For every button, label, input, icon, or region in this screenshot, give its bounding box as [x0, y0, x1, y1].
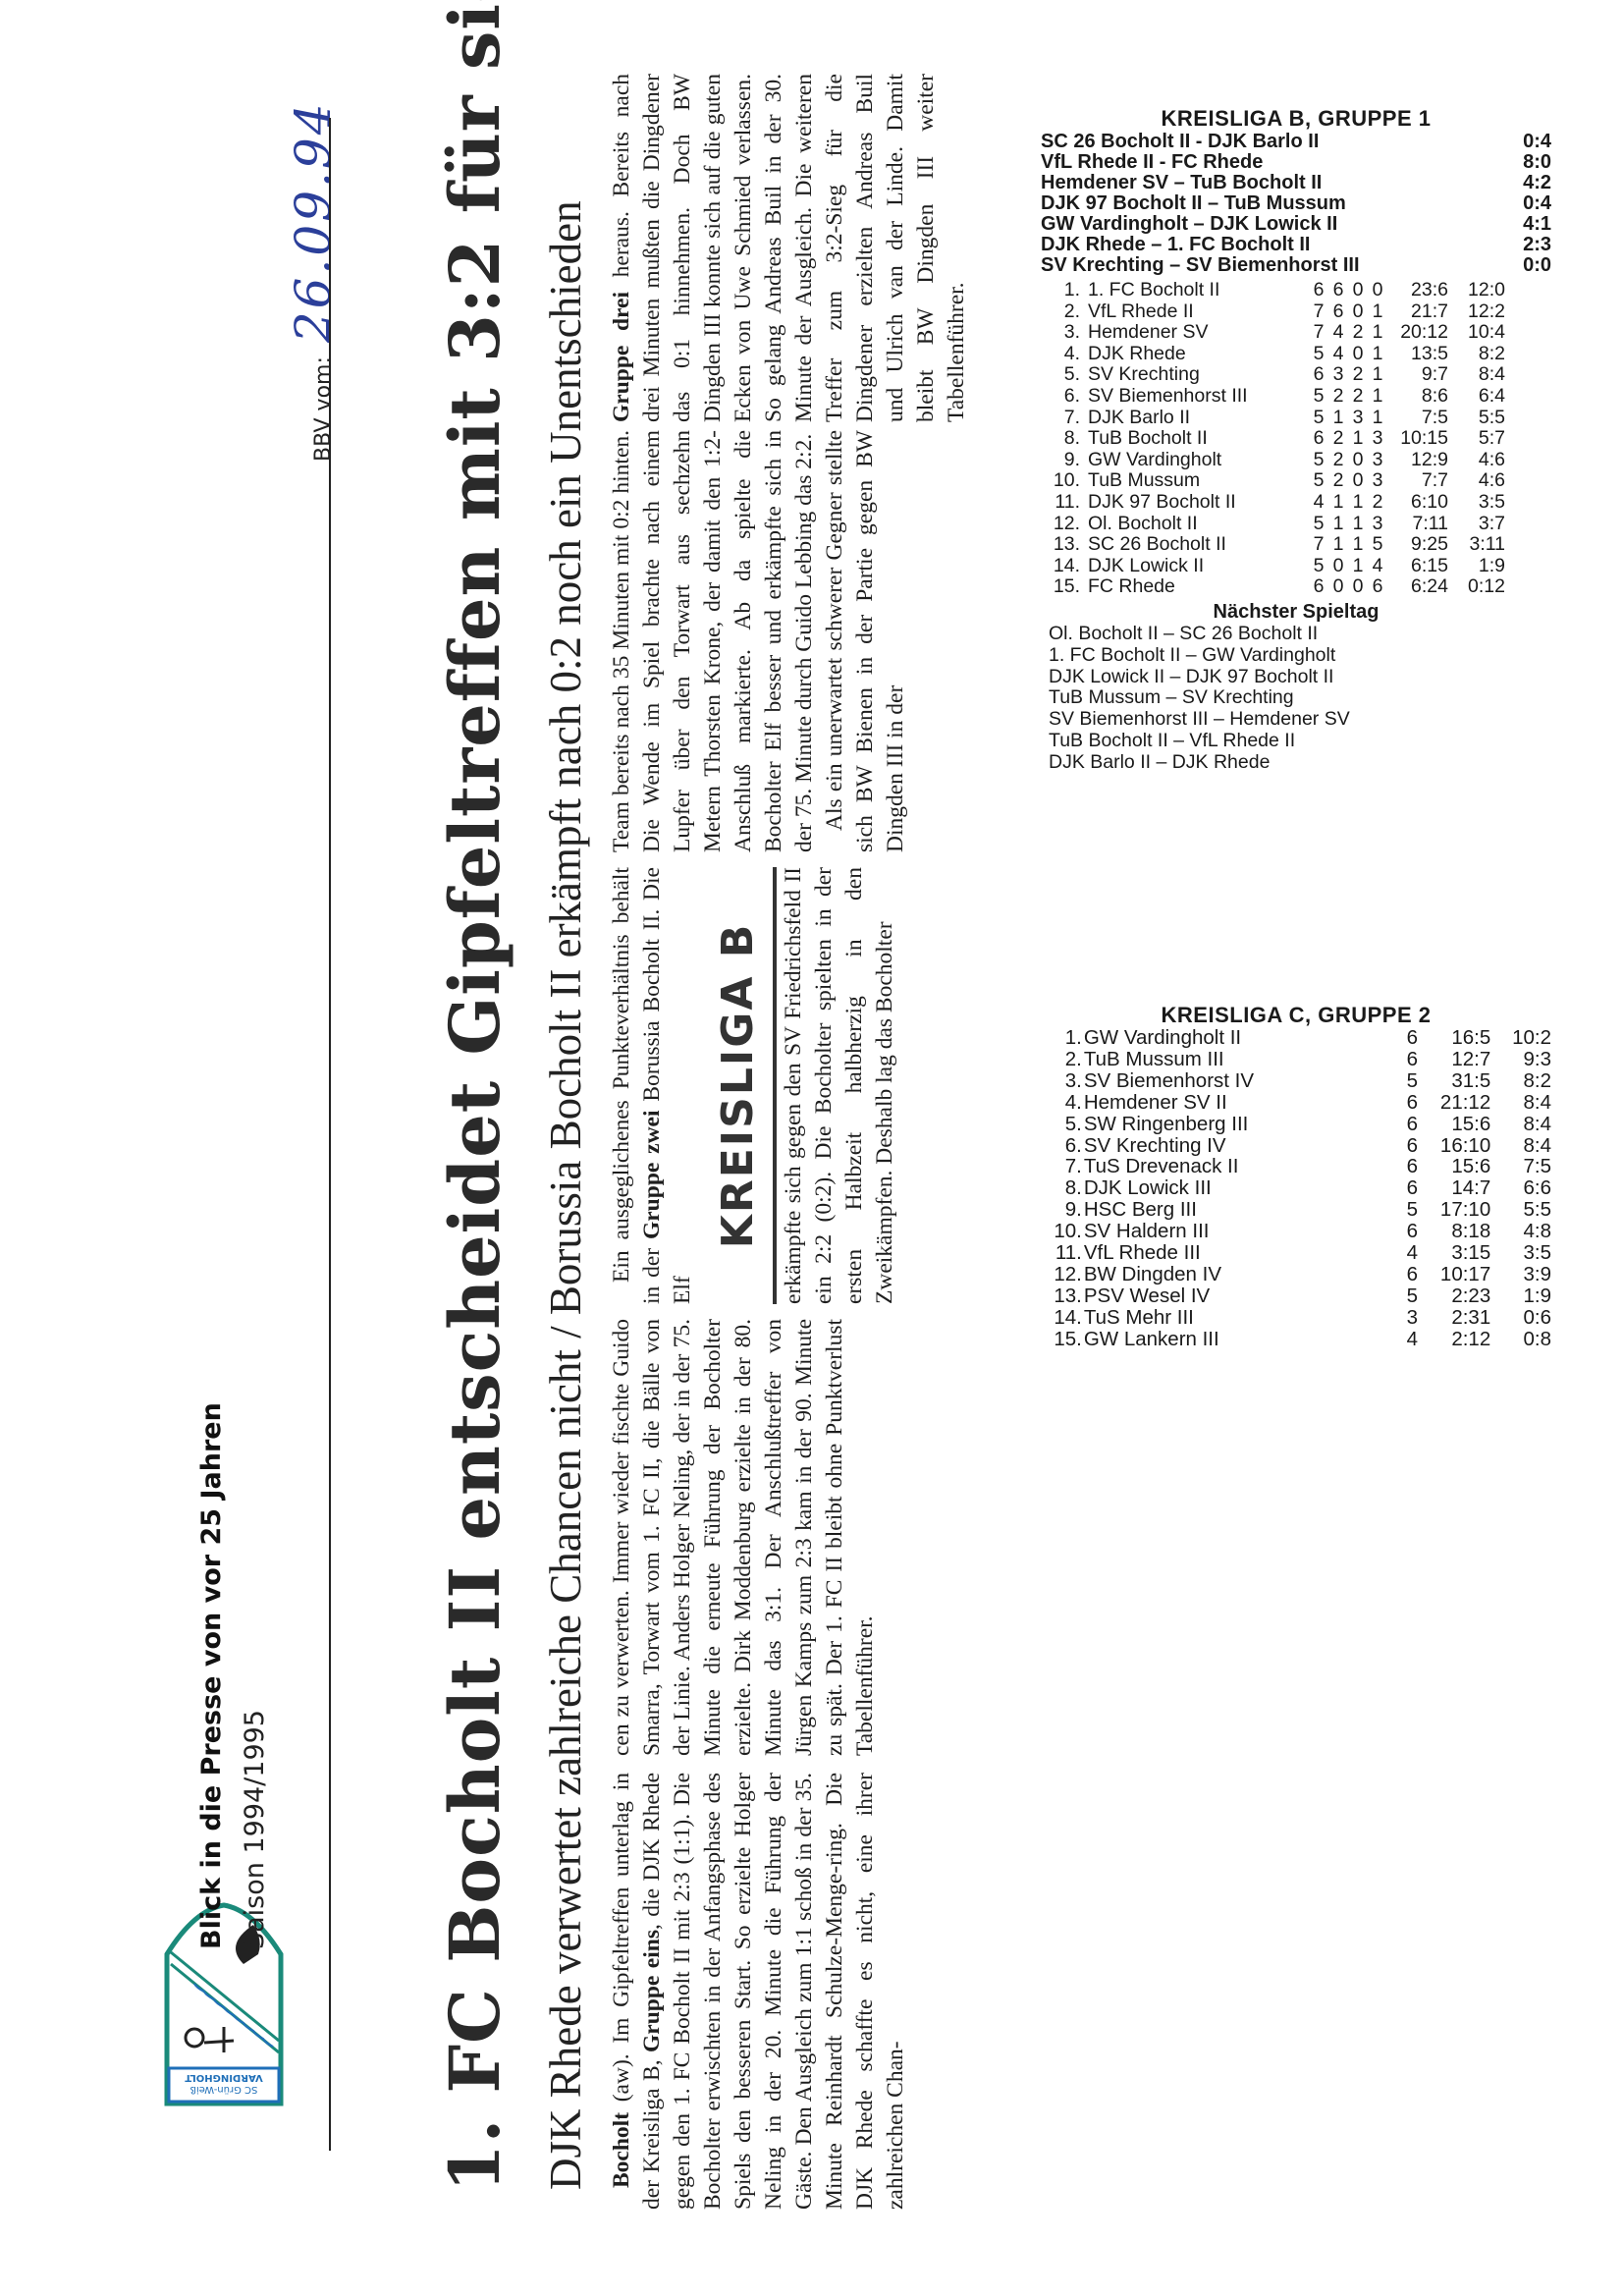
goal-ratio: 20:12 [1387, 322, 1458, 344]
team-name: PSV Wesel IV [1084, 1285, 1407, 1307]
stat-v: 4 [1368, 556, 1387, 577]
stat-g: 1 [1328, 534, 1348, 556]
table-row: 7.DJK Barlo II51317:55:5 [1041, 408, 1551, 429]
stat-sp: 5 [1309, 470, 1328, 492]
stat-g: 2 [1328, 470, 1348, 492]
rank: 15. [1041, 576, 1088, 598]
group-label: Gruppe eins [639, 1930, 665, 2052]
rank: 5. [1041, 1114, 1084, 1135]
stat-v: 1 [1368, 301, 1387, 323]
stat-g: 6 [1328, 280, 1348, 301]
table-row: 14.TuS Mehr III32:310:6 [1041, 1307, 1551, 1329]
team-name: SC 26 Bocholt II [1088, 534, 1309, 556]
season-label: Saison 1994/1995 [240, 1710, 270, 1949]
points: 10:4 [1458, 322, 1505, 344]
team-name: TuS Drevenack II [1084, 1156, 1407, 1177]
standings-list: 1.1. FC Bocholt II660023:612:02.VfL Rhed… [1041, 280, 1551, 598]
fixture-row: TuB Mussum – SV Krechting [1041, 687, 1551, 709]
table-row: 15.GW Lankern III42:120:8 [1041, 1329, 1551, 1350]
stat-v: 3 [1368, 450, 1387, 471]
section-label-box: KREISLIGA B [704, 867, 777, 1304]
points: 3:5 [1458, 492, 1505, 514]
goal-ratio: 31:5 [1426, 1070, 1496, 1092]
goal-ratio: 2:23 [1426, 1285, 1496, 1307]
rank: 13. [1041, 1285, 1084, 1307]
stat-u: 0 [1348, 470, 1368, 492]
table-row: 3.SV Biemenhorst IV531:58:2 [1041, 1070, 1551, 1092]
goal-ratio: 17:10 [1426, 1199, 1496, 1221]
stat-sp: 6 [1309, 364, 1328, 386]
table-title: KREISLIGA B, GRUPPE 1 [1041, 106, 1551, 132]
stat-sp: 4 [1309, 492, 1328, 514]
stat-g: 0 [1328, 576, 1348, 598]
stat-v: 6 [1368, 576, 1387, 598]
column-text: cen zu verwerten. Immer wieder fischte G… [609, 1319, 878, 1756]
table-row: 2.VfL Rhede II760121:712:2 [1041, 301, 1551, 323]
stat-u: 0 [1348, 344, 1368, 365]
team-name: HSC Berg III [1084, 1199, 1407, 1221]
stat-g: 1 [1328, 514, 1348, 535]
table-row: 1.GW Vardingholt II616:510:2 [1041, 1027, 1551, 1049]
team-name: TuS Mehr III [1084, 1307, 1407, 1329]
points: 8:2 [1496, 1070, 1551, 1092]
rank: 3. [1041, 322, 1088, 344]
dateline: Bocholt [609, 2112, 634, 2188]
fixture-row: DJK Lowick II – DJK 97 Bocholt II [1041, 667, 1551, 688]
team-name: TuB Mussum III [1084, 1049, 1407, 1070]
stat-u: 2 [1348, 322, 1368, 344]
rank: 12. [1041, 514, 1088, 535]
games-played: 4 [1407, 1242, 1427, 1264]
games-played: 6 [1407, 1264, 1427, 1285]
rank: 10. [1041, 1221, 1084, 1242]
team-name: SW Ringenberg III [1084, 1114, 1407, 1135]
goal-ratio: 6:15 [1387, 556, 1458, 577]
team-name: VfL Rhede II [1088, 301, 1309, 323]
stat-sp: 7 [1309, 534, 1328, 556]
rank: 12. [1041, 1264, 1084, 1285]
team-name: DJK Rhede [1088, 344, 1309, 365]
team-name: SV Haldern III [1084, 1221, 1407, 1242]
match-score: 0:0 [1504, 255, 1551, 276]
goal-ratio: 7:7 [1387, 470, 1458, 492]
table-row: 12.BW Dingden IV610:173:9 [1041, 1264, 1551, 1285]
result-row: DJK 97 Bocholt II – TuB Mussum0:4 [1041, 193, 1551, 214]
rank: 7. [1041, 1156, 1084, 1177]
team-name: VfL Rhede III [1084, 1242, 1407, 1264]
fixture-row: Ol. Bocholt II – SC 26 Bocholt II [1041, 624, 1551, 645]
stat-g: 2 [1328, 428, 1348, 450]
stat-g: 3 [1328, 364, 1348, 386]
fixture-row: DJK Barlo II – DJK Rhede [1041, 752, 1551, 774]
stat-u: 1 [1348, 428, 1368, 450]
team-name: BW Dingden IV [1084, 1264, 1407, 1285]
source-stamp: BBV vom:26.09.94 [285, 100, 342, 462]
table-row: 1.1. FC Bocholt II660023:612:0 [1041, 280, 1551, 301]
stat-v: 1 [1368, 344, 1387, 365]
team-name: GW Lankern III [1084, 1329, 1407, 1350]
header-divider [329, 118, 331, 2151]
result-row: GW Vardingholt – DJK Lowick II4:1 [1041, 214, 1551, 235]
handwritten-date: 26.09.94 [285, 100, 342, 343]
fixture-row: 1. FC Bocholt II – GW Vardingholt [1041, 645, 1551, 667]
stat-v: 5 [1368, 534, 1387, 556]
stat-sp: 6 [1309, 428, 1328, 450]
table-row: 7.TuS Drevenack II615:67:5 [1041, 1156, 1551, 1177]
points: 12:2 [1458, 301, 1505, 323]
table-row: 8.TuB Bocholt II621310:155:7 [1041, 428, 1551, 450]
stat-u: 1 [1348, 492, 1368, 514]
points: 3:9 [1496, 1264, 1551, 1285]
points: 0:6 [1496, 1307, 1551, 1329]
column-text: , die DJK Rhede gegen den 1. FC Bocholt … [639, 1773, 908, 2210]
team-name: DJK Lowick II [1088, 556, 1309, 577]
article-headline: 1. FC Bocholt II entscheidet Gipfeltreff… [434, 0, 515, 2192]
stat-u: 0 [1348, 280, 1368, 301]
games-played: 6 [1407, 1177, 1427, 1199]
goal-ratio: 12:7 [1426, 1049, 1496, 1070]
team-name: GW Vardingholt [1088, 450, 1309, 471]
stat-u: 1 [1348, 534, 1368, 556]
table-row: 5.SV Krechting63219:78:4 [1041, 364, 1551, 386]
games-played: 6 [1407, 1221, 1427, 1242]
stat-v: 3 [1368, 514, 1387, 535]
points: 1:9 [1458, 556, 1505, 577]
rotated-article-block: SC Grün-Weiß VARDINGHOLT Blick in die Pr… [137, 118, 1021, 2219]
results-list: SC 26 Bocholt II - DJK Barlo II0:4VfL Rh… [1041, 132, 1551, 276]
stat-v: 3 [1368, 470, 1387, 492]
rank: 3. [1041, 1070, 1084, 1092]
rank: 14. [1041, 556, 1088, 577]
result-row: DJK Rhede – 1. FC Bocholt II2:3 [1041, 235, 1551, 255]
points: 8:4 [1496, 1092, 1551, 1114]
stat-u: 1 [1348, 514, 1368, 535]
points: 5:5 [1458, 408, 1505, 429]
games-played: 6 [1407, 1156, 1427, 1177]
stat-sp: 5 [1309, 408, 1328, 429]
stat-sp: 7 [1309, 322, 1328, 344]
table-row: 5.SW Ringenberg III615:68:4 [1041, 1114, 1551, 1135]
games-played: 6 [1407, 1114, 1427, 1135]
kreisliga-c-table: KREISLIGA C, GRUPPE 2 1.GW Vardingholt I… [1041, 1004, 1551, 1350]
kicker-title: Blick in die Presse von vor 25 Jahren [196, 1402, 227, 1949]
points: 7:5 [1496, 1156, 1551, 1177]
rank: 4. [1041, 1092, 1084, 1114]
games-played: 5 [1407, 1199, 1427, 1221]
rank: 10. [1041, 470, 1088, 492]
stat-g: 4 [1328, 322, 1348, 344]
article-column-3: Ein ausgeglichenes Punkteverhältnis behä… [607, 867, 900, 1304]
points: 9:3 [1496, 1049, 1551, 1070]
points: 5:7 [1458, 428, 1505, 450]
table-row: 11.VfL Rhede III43:153:5 [1041, 1242, 1551, 1264]
goal-ratio: 23:6 [1387, 280, 1458, 301]
team-name: DJK 97 Bocholt II [1088, 492, 1309, 514]
rank: 1. [1041, 280, 1088, 301]
points: 3:5 [1496, 1242, 1551, 1264]
stat-v: 1 [1368, 322, 1387, 344]
games-played: 6 [1407, 1092, 1427, 1114]
group-label: Gruppe zwei [639, 1110, 665, 1239]
rank: 1. [1041, 1027, 1084, 1049]
table-row: 14.DJK Lowick II50146:151:9 [1041, 556, 1551, 577]
points: 1:9 [1496, 1285, 1551, 1307]
team-name: Hemdener SV II [1084, 1092, 1407, 1114]
rank: 8. [1041, 1177, 1084, 1199]
stat-v: 2 [1368, 492, 1387, 514]
points: 0:12 [1458, 576, 1505, 598]
result-row: SV Krechting – SV Biemenhorst III0:0 [1041, 255, 1551, 276]
table-row: 15.FC Rhede60066:240:12 [1041, 576, 1551, 598]
stat-sp: 5 [1309, 344, 1328, 365]
team-name: SV Krechting [1088, 364, 1309, 386]
group-label: Gruppe drei [609, 292, 634, 422]
match-score: 8:0 [1504, 152, 1551, 173]
rank: 9. [1041, 1199, 1084, 1221]
team-name: Hemdener SV [1088, 322, 1309, 344]
points: 12:0 [1458, 280, 1505, 301]
goal-ratio: 15:6 [1426, 1156, 1496, 1177]
stat-g: 1 [1328, 408, 1348, 429]
games-played: 5 [1407, 1285, 1427, 1307]
table-row: 12.Ol. Bocholt II51137:113:7 [1041, 514, 1551, 535]
team-name: DJK Lowick III [1084, 1177, 1407, 1199]
rank: 9. [1041, 450, 1088, 471]
article-column-4: Team bereits nach 35 Minuten mit 0:2 hin… [607, 430, 911, 852]
match-score: 0:4 [1504, 193, 1551, 214]
rank: 5. [1041, 364, 1088, 386]
points: 5:5 [1496, 1199, 1551, 1221]
table-row: 10.TuB Mussum52037:74:6 [1041, 470, 1551, 492]
next-matchday-title: Nächster Spieltag [1041, 601, 1551, 624]
match-pairing: SC 26 Bocholt II - DJK Barlo II [1041, 132, 1319, 152]
stat-u: 3 [1348, 408, 1368, 429]
result-row: SC 26 Bocholt II - DJK Barlo II0:4 [1041, 132, 1551, 152]
table-row: 13.SC 26 Bocholt II71159:253:11 [1041, 534, 1551, 556]
team-name: GW Vardingholt II [1084, 1027, 1407, 1049]
rank: 7. [1041, 408, 1088, 429]
table-row: 4.Hemdener SV II621:128:4 [1041, 1092, 1551, 1114]
team-name: DJK Barlo II [1088, 408, 1309, 429]
games-played: 3 [1407, 1307, 1427, 1329]
stat-u: 0 [1348, 450, 1368, 471]
games-played: 6 [1407, 1135, 1427, 1157]
table-row: 4.DJK Rhede540113:58:2 [1041, 344, 1551, 365]
rank: 15. [1041, 1329, 1084, 1350]
table-row: 11.DJK 97 Bocholt II41126:103:5 [1041, 492, 1551, 514]
points: 0:8 [1496, 1329, 1551, 1350]
stat-sp: 5 [1309, 556, 1328, 577]
stat-g: 4 [1328, 344, 1348, 365]
crest-name: VARDINGHOLT [185, 2072, 263, 2083]
crest-top-text: SC Grün-Weiß [190, 2084, 258, 2095]
goal-ratio: 8:18 [1426, 1221, 1496, 1242]
team-name: TuB Mussum [1088, 470, 1309, 492]
match-score: 4:1 [1504, 214, 1551, 235]
goal-ratio: 13:5 [1387, 344, 1458, 365]
rank: 8. [1041, 428, 1088, 450]
table-row: 3.Hemdener SV742120:1210:4 [1041, 322, 1551, 344]
rank: 11. [1041, 1242, 1084, 1264]
column-text: Als ein unerwartet schwerer Gegner stell… [822, 430, 908, 852]
team-name: Ol. Bocholt II [1088, 514, 1309, 535]
match-pairing: Hemdener SV – TuB Bocholt II [1041, 173, 1322, 193]
table-row: 2.TuB Mussum III612:79:3 [1041, 1049, 1551, 1070]
stat-sp: 5 [1309, 514, 1328, 535]
result-row: Hemdener SV – TuB Bocholt II4:2 [1041, 173, 1551, 193]
goal-ratio: 10:15 [1387, 428, 1458, 450]
stat-g: 2 [1328, 386, 1348, 408]
stat-v: 0 [1368, 280, 1387, 301]
stat-sp: 7 [1309, 301, 1328, 323]
goal-ratio: 16:5 [1426, 1027, 1496, 1049]
table-title: KREISLIGA C, GRUPPE 2 [1041, 1004, 1551, 1027]
goal-ratio: 8:6 [1387, 386, 1458, 408]
rank: 14. [1041, 1307, 1084, 1329]
article-column-1: Bocholt (aw). Im Gipfeltreffen unterlag … [607, 1773, 911, 2210]
points: 8:4 [1496, 1135, 1551, 1157]
rank: 2. [1041, 301, 1088, 323]
article-column-5: Gruppe drei heraus. Bereits nach drei Mi… [607, 74, 972, 422]
match-score: 0:4 [1504, 132, 1551, 152]
rank: 6. [1041, 1135, 1084, 1157]
stat-sp: 5 [1309, 386, 1328, 408]
table-row: 6.SV Biemenhorst III52218:66:4 [1041, 386, 1551, 408]
match-pairing: GW Vardingholt – DJK Lowick II [1041, 214, 1337, 235]
goal-ratio: 2:12 [1426, 1329, 1496, 1350]
stat-sp: 5 [1309, 450, 1328, 471]
stat-g: 6 [1328, 301, 1348, 323]
rank: 6. [1041, 386, 1088, 408]
column-text: heraus. Bereits nach drei Minuten mußten… [609, 74, 969, 422]
kreisliga-b-table: KREISLIGA B, GRUPPE 1 SC 26 Bocholt II -… [1041, 106, 1551, 773]
fixture-row: TuB Bocholt II – VfL Rhede II [1041, 731, 1551, 752]
rank: 13. [1041, 534, 1088, 556]
table-row: 13.PSV Wesel IV52:231:9 [1041, 1285, 1551, 1307]
goal-ratio: 7:5 [1387, 408, 1458, 429]
goal-ratio: 6:10 [1387, 492, 1458, 514]
goal-ratio: 21:7 [1387, 301, 1458, 323]
table-row: 10.SV Haldern III68:184:8 [1041, 1221, 1551, 1242]
stat-u: 2 [1348, 386, 1368, 408]
team-name: 1. FC Bocholt II [1088, 280, 1309, 301]
column-text: Team bereits nach 35 Minuten mit 0:2 hin… [609, 430, 817, 852]
goal-ratio: 3:15 [1426, 1242, 1496, 1264]
column-text: erkämpfte sich gegen den SV Friedrichsfe… [781, 867, 897, 1304]
goal-ratio: 16:10 [1426, 1135, 1496, 1157]
games-played: 6 [1407, 1027, 1427, 1049]
stat-g: 2 [1328, 450, 1348, 471]
games-played: 6 [1407, 1049, 1427, 1070]
stat-u: 2 [1348, 364, 1368, 386]
goal-ratio: 7:11 [1387, 514, 1458, 535]
points: 8:4 [1496, 1114, 1551, 1135]
team-name: TuB Bocholt II [1088, 428, 1309, 450]
source-label: BBV vom: [311, 356, 336, 462]
stat-u: 0 [1348, 576, 1368, 598]
goal-ratio: 9:7 [1387, 364, 1458, 386]
team-name: FC Rhede [1088, 576, 1309, 598]
goal-ratio: 10:17 [1426, 1264, 1496, 1285]
match-pairing: DJK Rhede – 1. FC Bocholt II [1041, 235, 1310, 255]
points: 3:7 [1458, 514, 1505, 535]
goal-ratio: 14:7 [1426, 1177, 1496, 1199]
goal-ratio: 6:24 [1387, 576, 1458, 598]
match-pairing: DJK 97 Bocholt II – TuB Mussum [1041, 193, 1346, 214]
stat-v: 3 [1368, 428, 1387, 450]
team-name: SV Biemenhorst IV [1084, 1070, 1407, 1092]
points: 10:2 [1496, 1027, 1551, 1049]
table-row: 6.SV Krechting IV616:108:4 [1041, 1135, 1551, 1157]
table-row: 9.HSC Berg III517:105:5 [1041, 1199, 1551, 1221]
goal-ratio: 12:9 [1387, 450, 1458, 471]
match-pairing: VfL Rhede II - FC Rhede [1041, 152, 1263, 173]
table-row: 9.GW Vardingholt520312:94:6 [1041, 450, 1551, 471]
points: 8:2 [1458, 344, 1505, 365]
games-played: 4 [1407, 1329, 1427, 1350]
points: 4:6 [1458, 450, 1505, 471]
points: 8:4 [1458, 364, 1505, 386]
article-column-2: cen zu verwerten. Immer wieder fischte G… [607, 1319, 881, 1756]
fixture-row: SV Biemenhorst III – Hemdener SV [1041, 709, 1551, 731]
match-pairing: SV Krechting – SV Biemenhorst III [1041, 255, 1360, 276]
rank: 11. [1041, 492, 1088, 514]
points: 4:6 [1458, 470, 1505, 492]
stat-v: 1 [1368, 364, 1387, 386]
games-played: 5 [1407, 1070, 1427, 1092]
team-name: SV Krechting IV [1084, 1135, 1407, 1157]
match-score: 4:2 [1504, 173, 1551, 193]
points: 3:11 [1458, 534, 1505, 556]
article-subheadline: DJK Rhede verwertet zahlreiche Chancen n… [540, 200, 591, 2190]
points: 6:6 [1496, 1177, 1551, 1199]
goal-ratio: 21:12 [1426, 1092, 1496, 1114]
next-matchday-list: Ol. Bocholt II – SC 26 Bocholt II1. FC B… [1041, 624, 1551, 774]
result-row: VfL Rhede II - FC Rhede8:0 [1041, 152, 1551, 173]
team-name: SV Biemenhorst III [1088, 386, 1309, 408]
stat-g: 1 [1328, 492, 1348, 514]
stat-u: 0 [1348, 301, 1368, 323]
stat-sp: 6 [1309, 576, 1328, 598]
match-score: 2:3 [1504, 235, 1551, 255]
stat-u: 1 [1348, 556, 1368, 577]
points: 4:8 [1496, 1221, 1551, 1242]
table-row: 8.DJK Lowick III614:76:6 [1041, 1177, 1551, 1199]
points: 6:4 [1458, 386, 1505, 408]
stat-sp: 6 [1309, 280, 1328, 301]
stat-g: 0 [1328, 556, 1348, 577]
goal-ratio: 15:6 [1426, 1114, 1496, 1135]
standings-list: 1.GW Vardingholt II616:510:22.TuB Mussum… [1041, 1027, 1551, 1350]
rank: 4. [1041, 344, 1088, 365]
goal-ratio: 2:31 [1426, 1307, 1496, 1329]
goal-ratio: 9:25 [1387, 534, 1458, 556]
rank: 2. [1041, 1049, 1084, 1070]
stat-v: 1 [1368, 408, 1387, 429]
stat-v: 1 [1368, 386, 1387, 408]
